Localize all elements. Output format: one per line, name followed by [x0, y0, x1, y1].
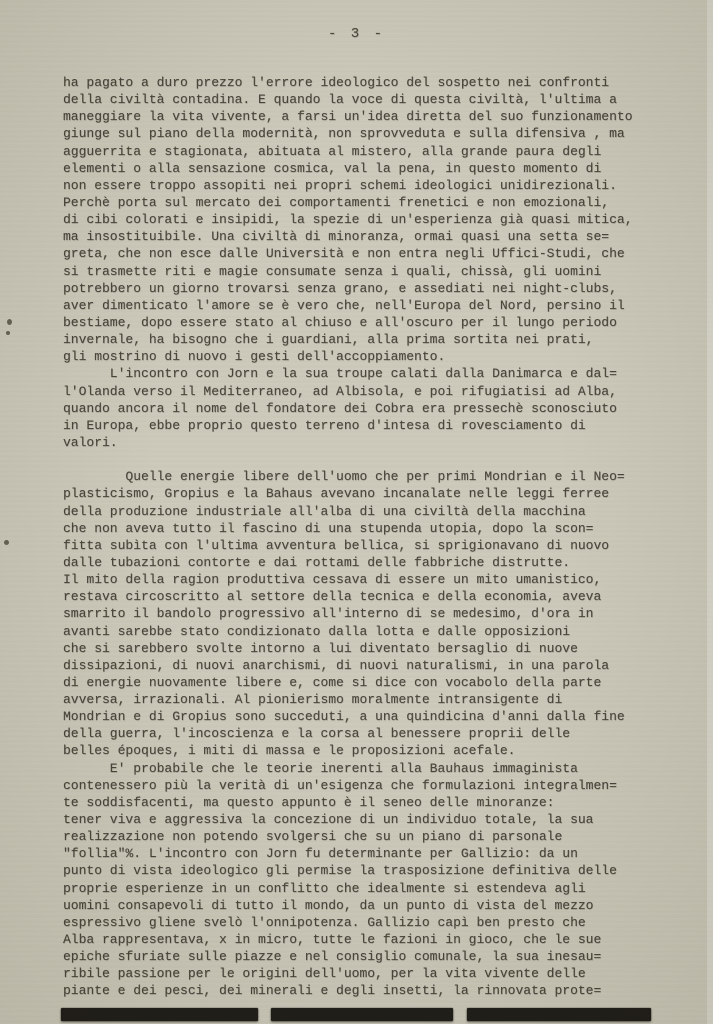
- text-line: proprie esperienze in un conflitto che i…: [63, 880, 667, 897]
- text-line: greta, che non esce dalle Università e n…: [63, 245, 667, 262]
- scanner-shadow-band: [467, 1008, 651, 1021]
- text-line: plasticismo, Gropius e la Bahaus avevano…: [63, 485, 667, 502]
- text-line: bestiame, dopo essere stato al chiuso e …: [63, 314, 667, 331]
- text-line: si trasmette riti e magie consumate senz…: [63, 263, 667, 280]
- scanner-shadow-band: [61, 1008, 258, 1021]
- text-line: ha pagato a duro prezzo l'errore ideolog…: [63, 74, 667, 91]
- text-line: smarrito il bandolo progressivo all'inte…: [63, 605, 667, 622]
- text-line: piante e dei pesci, dei minerali e degli…: [63, 982, 667, 999]
- text-line: dalle tubazioni contorte e dai rottami d…: [63, 554, 667, 571]
- text-line: L'incontro con Jorn e la sua troupe cala…: [63, 365, 667, 382]
- text-line: di cibi colorati e insipidi, la spezie d…: [63, 211, 667, 228]
- text-line: realizzazione non potendo svolgersi che …: [63, 828, 667, 845]
- text-line: valori.: [63, 434, 667, 451]
- text-line: invernale, ha bisogno che i guardiani, a…: [63, 331, 667, 348]
- text-line: Quelle energie libere dell'uomo che per …: [63, 468, 667, 485]
- text-line: espressivo gliene svelò l'onnipotenza. G…: [63, 914, 667, 931]
- text-line: che si sarebbero svolte intorno a lui di…: [63, 640, 667, 657]
- text-line: belles époques, i miti di massa e le pro…: [63, 742, 667, 759]
- text-line: agguerrita e stagionata, abituata al mis…: [63, 143, 667, 160]
- text-line: quando ancora il nome del fondatore dei …: [63, 400, 667, 417]
- text-line: contenessero più la verità di un'esigenz…: [63, 777, 667, 794]
- text-line: ribile passione per le origini dell'uomo…: [63, 965, 667, 982]
- document-page: - 3 - ha pagato a duro prezzo l'errore i…: [0, 0, 713, 1024]
- text-line: gli mostrino di nuovo i gesti dell'accop…: [63, 348, 667, 365]
- text-line: punto di vista ideologico gli permise la…: [63, 862, 667, 879]
- text-line: restava circoscritto al settore della te…: [63, 588, 667, 605]
- text-line: fitta subìta con l'ultima avventura bell…: [63, 537, 667, 554]
- ink-speck: [6, 331, 10, 335]
- text-line: della produzione industriale all'alba di…: [63, 503, 667, 520]
- text-line: l'Olanda verso il Mediterraneo, ad Albis…: [63, 383, 667, 400]
- text-line: ma insostituibile. Una civiltà di minora…: [63, 228, 667, 245]
- text-line: elementi o alla sensazione cosmica, val …: [63, 160, 667, 177]
- text-line: giunge sul piano della modernità, non sp…: [63, 125, 667, 142]
- text-line: uomini consapevoli di tutto il mondo, da…: [63, 897, 667, 914]
- ink-speck: [4, 540, 9, 545]
- text-line: epiche sfuriate sulle piazze e nel consi…: [63, 948, 667, 965]
- ink-speck: [7, 319, 12, 325]
- typewritten-text-block: ha pagato a duro prezzo l'errore ideolog…: [63, 74, 667, 1000]
- text-line: avanti sarebbe stato condizionato dalla …: [63, 623, 667, 640]
- text-line: "follia"%. L'incontro con Jorn fu determ…: [63, 845, 667, 862]
- text-line: Il mito della ragion produttiva cessava …: [63, 571, 667, 588]
- text-line: potrebbero un giorno trovarsi senza gran…: [63, 280, 667, 297]
- text-line: Alba rappresentava, x in micro, tutte le…: [63, 931, 667, 948]
- text-line: avversa, irrazionali. Al pionierismo mor…: [63, 691, 667, 708]
- text-line: [63, 451, 667, 468]
- text-line: non essere troppo assopiti nei propri sc…: [63, 177, 667, 194]
- text-line: E' probabile che le teorie inerenti alla…: [63, 760, 667, 777]
- paper-edge-highlight: [707, 0, 713, 1024]
- text-line: Mondrian e di Gropius sono succeduti, a …: [63, 708, 667, 725]
- text-line: dissipazioni, di nuovi anarchismi, di nu…: [63, 657, 667, 674]
- text-line: aver dimenticato l'amore se è vero che, …: [63, 297, 667, 314]
- text-line: della civiltà contadina. E quando la voc…: [63, 91, 667, 108]
- text-line: maneggiare la vita vivente, a farsi un'i…: [63, 108, 667, 125]
- text-line: te soddisfacenti, ma questo appunto è il…: [63, 794, 667, 811]
- page-number: - 3 -: [0, 26, 713, 42]
- text-line: in Europa, ebbe proprio questo terreno d…: [63, 417, 667, 434]
- text-line: della guerra, l'incoscienza e la corsa a…: [63, 725, 667, 742]
- text-line: tener viva e aggressiva la concezione di…: [63, 811, 667, 828]
- text-line: Perchè porta sul mercato dei comportamen…: [63, 194, 667, 211]
- text-line: che non aveva tutto il fascino di una st…: [63, 520, 667, 537]
- text-line: di energie nuovamente libere e, come si …: [63, 674, 667, 691]
- scanner-shadow-band: [271, 1008, 453, 1021]
